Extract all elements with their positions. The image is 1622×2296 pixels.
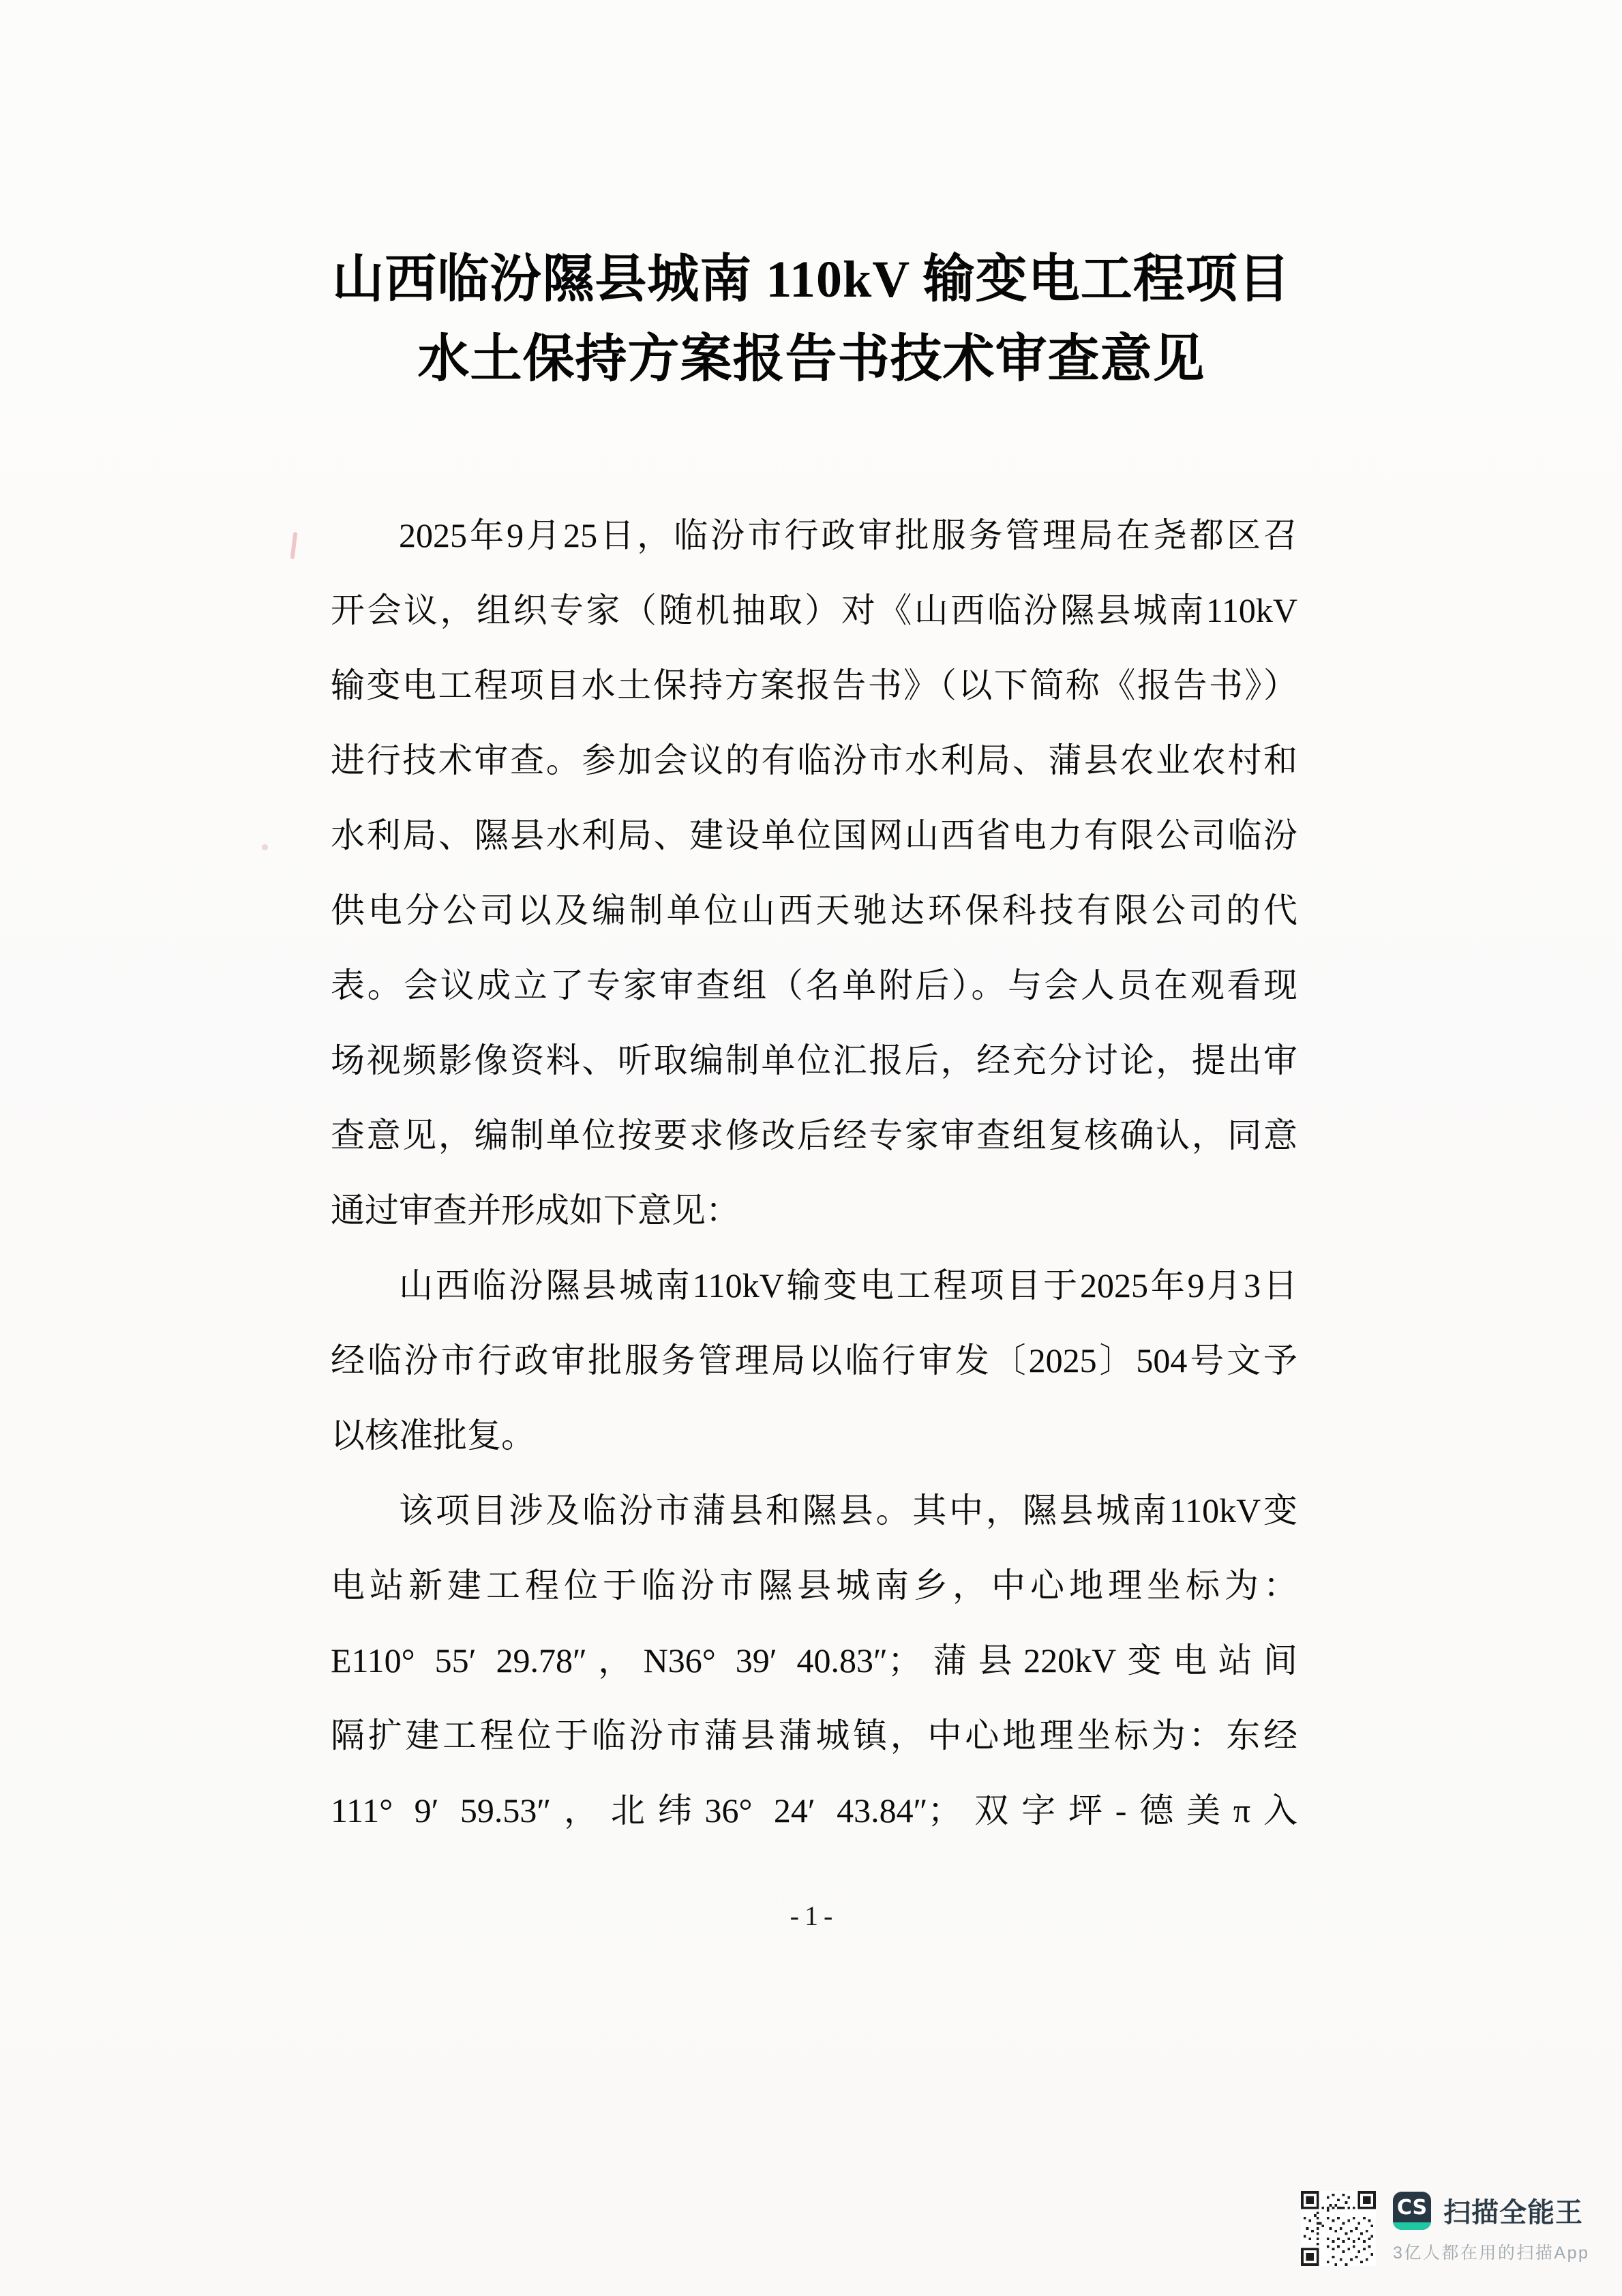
camscanner-logo-text: CS [1397,2196,1427,2220]
body-line: 输变电工程项目水土保持方案报告书》（以下简称《报告书》） [331,648,1297,723]
scanned-document-page: 山西临汾隰县城南 110kV 输变电工程项目 水土保持方案报告书技术审查意见 2… [0,0,1622,2296]
scan-artifact [290,532,298,559]
page-number: -1- [331,1900,1297,1933]
body-line: 开会议，组织专家（随机抽取）对《山西临汾隰县城南110kV [331,573,1297,648]
camscanner-tagline: 3亿人都在用的扫描App [1393,2239,1589,2264]
body-line: 以核准批复。 [331,1398,1297,1473]
camscanner-branding: CS 扫描全能王 3亿人都在用的扫描App [1393,2191,1589,2264]
body-line: 该项目涉及临汾市蒲县和隰县。其中，隰县城南110kV变 [331,1473,1297,1548]
body-line: 111° 9′ 59.53″，北纬36° 24′ 43.84″；双字坪-德美π入 [331,1773,1297,1848]
body-line: 供电分公司以及编制单位山西天驰达环保科技有限公司的代 [331,873,1297,948]
body-line: 场视频影像资料、听取编制单位汇报后，经充分讨论，提出审 [331,1023,1297,1098]
body-line: 通过审查并形成如下意见： [331,1173,1297,1248]
scan-artifact [262,844,268,850]
document-title: 山西临汾隰县城南 110kV 输变电工程项目 水土保持方案报告书技术审查意见 [326,240,1297,400]
body-line: 查意见，编制单位按要求修改后经专家审查组复核确认，同意 [331,1098,1297,1173]
body-line: 隔扩建工程位于临汾市蒲县蒲城镇，中心地理坐标为：东经 [331,1698,1297,1773]
body-line: 电站新建工程位于临汾市隰县城南乡，中心地理坐标为： [331,1548,1297,1623]
document-title-line2: 水土保持方案报告书技术审查意见 [326,320,1297,400]
body-line: 山西临汾隰县城南110kV输变电工程项目于2025年9月3日 [331,1248,1297,1323]
camscanner-brand-name: 扫描全能王 [1443,2191,1583,2230]
body-line: 经临汾市行政审批服务管理局以临行审发〔2025〕504号文予 [331,1323,1297,1398]
document-title-line1: 山西临汾隰县城南 110kV 输变电工程项目 [326,240,1297,320]
document-body: 2025年9月25日，临汾市行政审批服务管理局在尧都区召 开会议，组织专家（随机… [331,498,1297,1848]
body-line: 进行技术审查。参加会议的有临汾市水利局、蒲县农业农村和 [331,723,1297,798]
qr-code-icon [1301,2191,1376,2266]
camscanner-logo-accent [1393,2222,1431,2230]
body-line: E110° 55′ 29.78″，N36° 39′ 40.83″；蒲县220kV… [331,1623,1297,1698]
body-line: 2025年9月25日，临汾市行政审批服务管理局在尧都区召 [331,498,1297,573]
camscanner-logo-icon: CS [1393,2192,1431,2230]
body-line: 水利局、隰县水利局、建设单位国网山西省电力有限公司临汾 [331,798,1297,873]
camscanner-watermark: CS 扫描全能王 3亿人都在用的扫描App [1301,2191,1589,2266]
body-line: 表。会议成立了专家审查组（名单附后）。与会人员在观看现 [331,948,1297,1023]
